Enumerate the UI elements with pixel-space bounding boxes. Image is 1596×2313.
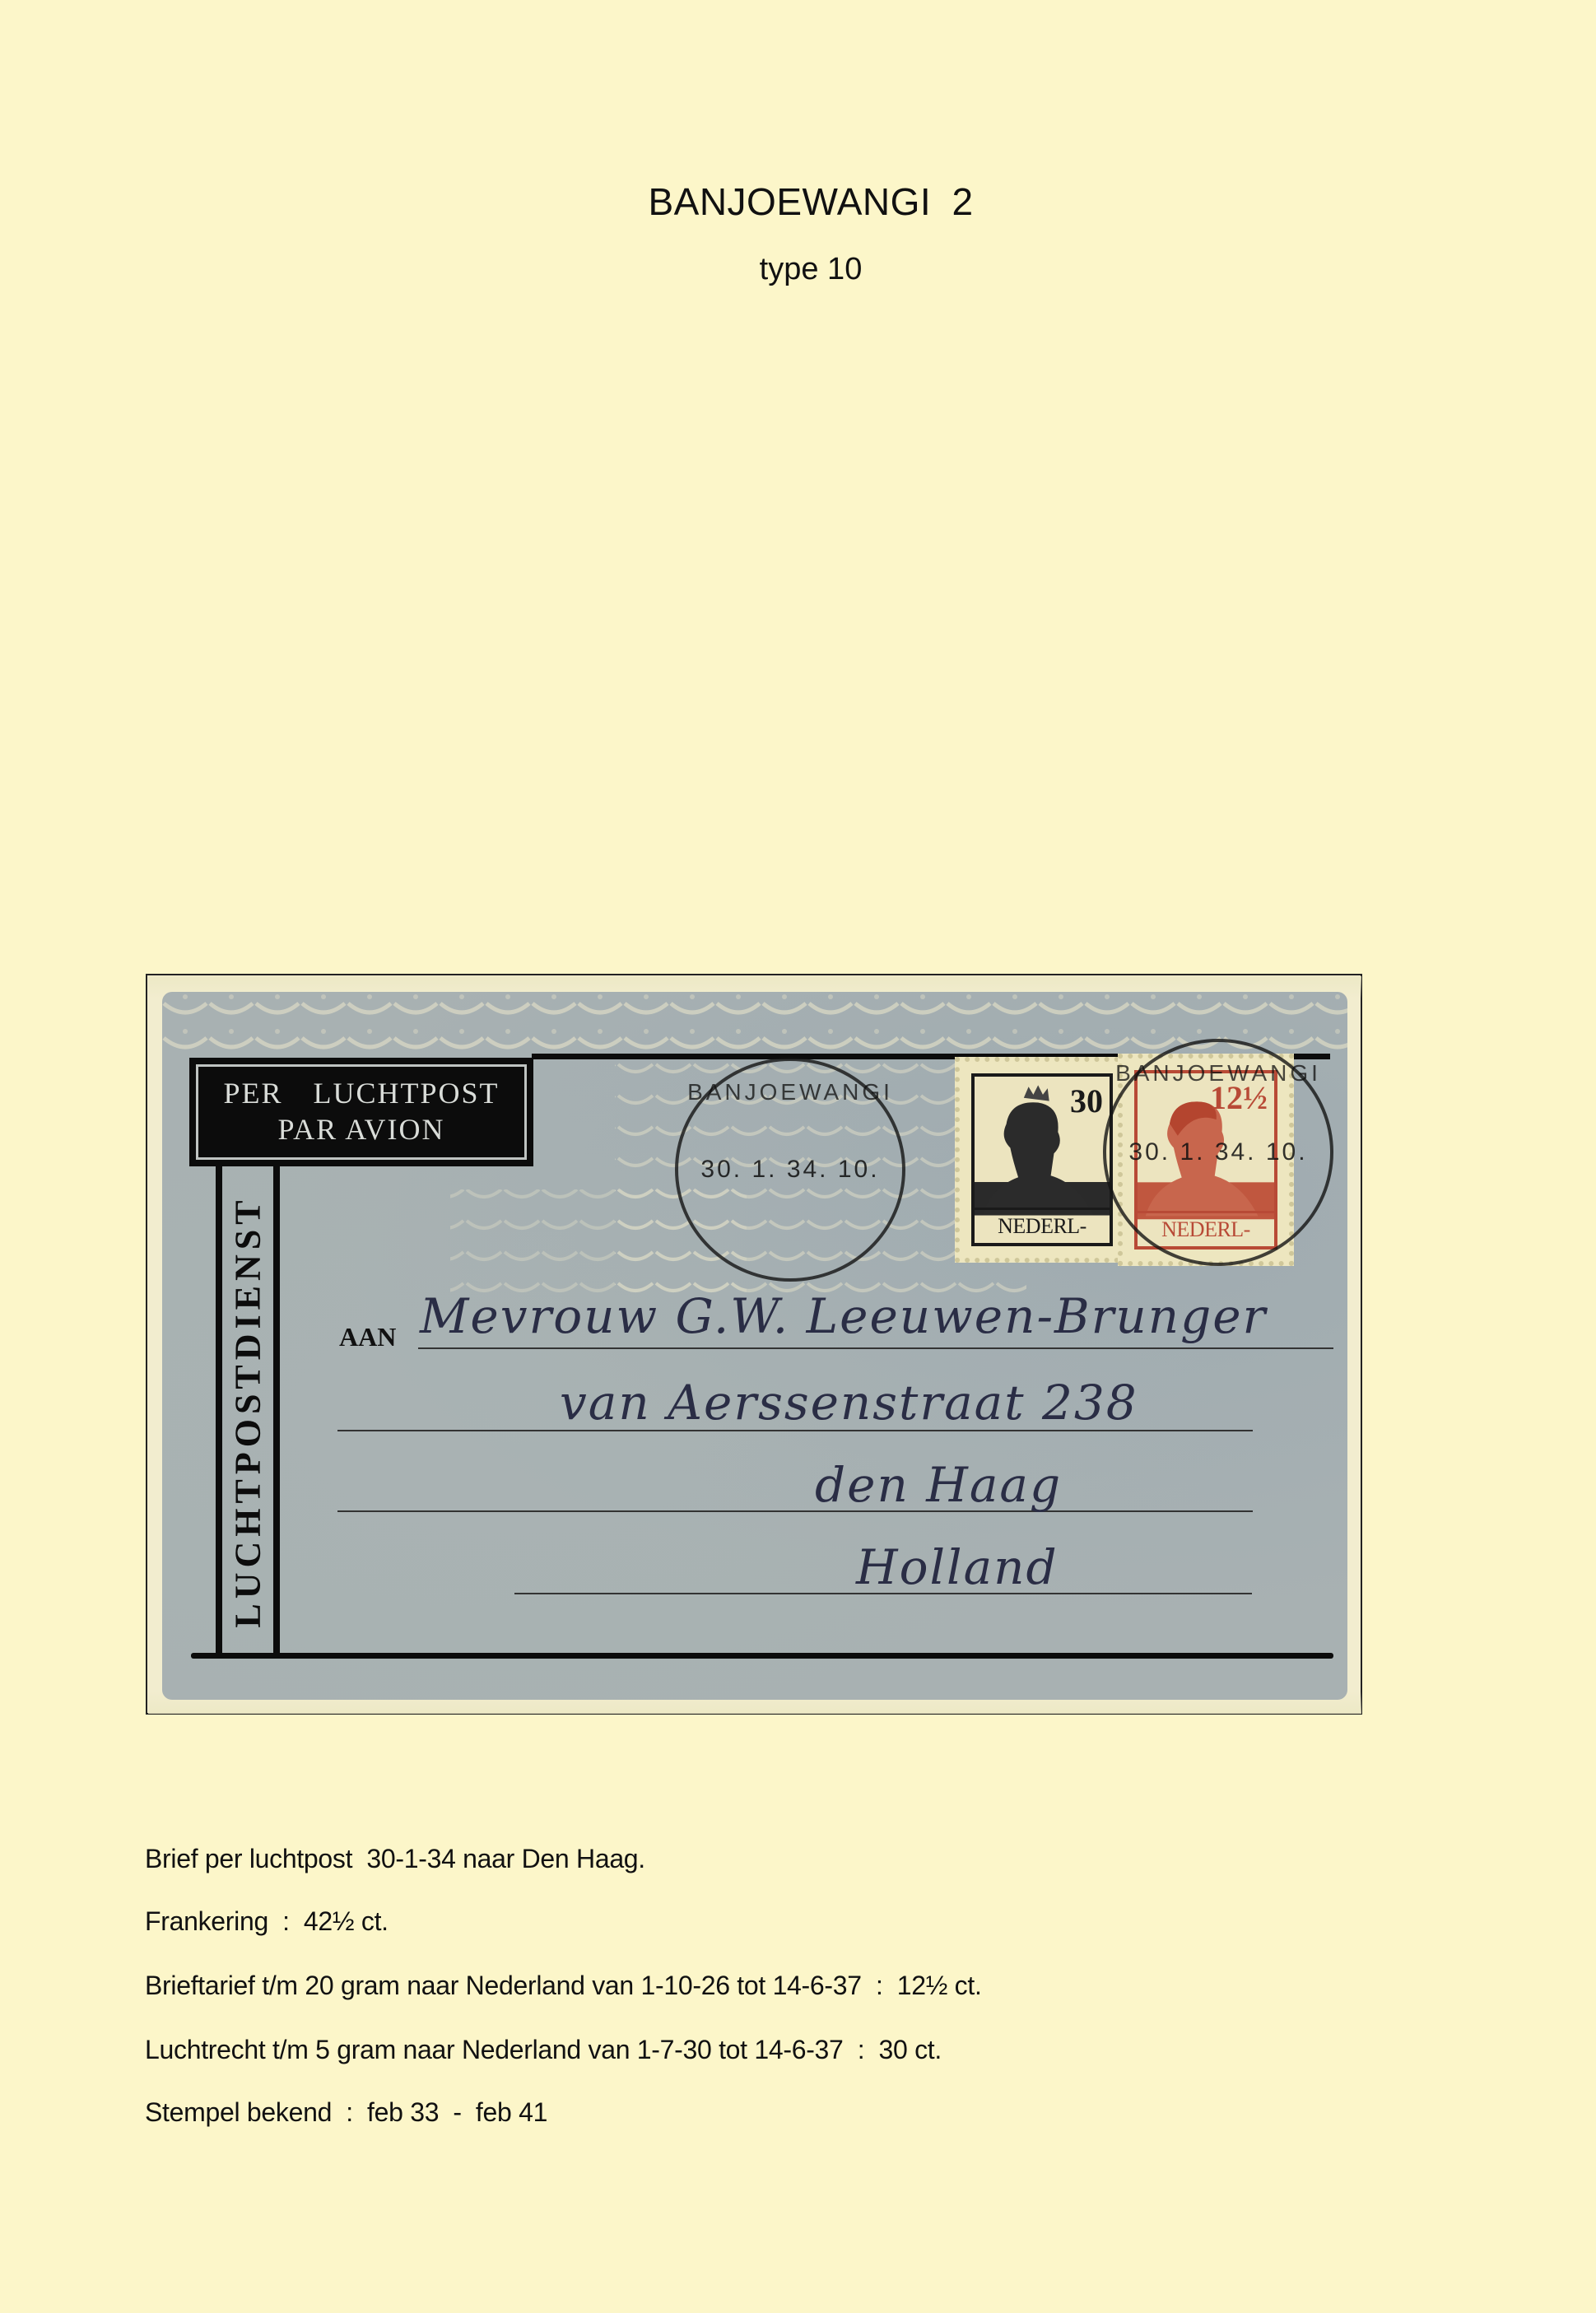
description-line-5: Stempel bekend : feb 33 - feb 41 [145, 2097, 547, 2128]
address-line-1: Mevrouw G.W. Leeuwen-Brunger [420, 1288, 1267, 1344]
page-subtitle: type 10 [0, 252, 1596, 287]
postmark-left: BANJOEWANGI 30. 1. 34. 10. [675, 1058, 905, 1282]
address-prefix: AAN [339, 1322, 396, 1352]
stamp-country: NEDERL-INDIE [975, 1208, 1110, 1243]
airmail-label: PER LUCHTPOST PAR AVION [189, 1058, 533, 1166]
label-per-luchtpost: PER LUCHTPOST [194, 1076, 528, 1110]
postmark-date: 30. 1. 34. 10. [678, 1156, 902, 1184]
postmark-date: 30. 1. 34. 10. [1106, 1138, 1330, 1166]
description-line-4: Luchtrecht t/m 5 gram naar Nederland van… [145, 2035, 942, 2065]
postmark-town: BANJOEWANGI [1106, 1060, 1330, 1087]
description-line-1: Brief per luchtpost 30-1-34 naar Den Haa… [145, 1844, 645, 1874]
page-title: BANJOEWANGI 2 [0, 179, 1596, 224]
label-par-avion: PAR AVION [194, 1112, 528, 1147]
address-line-4: Holland [856, 1539, 1059, 1595]
envelope-bottom-rule [191, 1653, 1333, 1659]
address-line-3: den Haag [815, 1457, 1062, 1513]
postmark-right: BANJOEWANGI 30. 1. 34. 10. [1103, 1039, 1333, 1266]
luchtpostdienst-text: LUCHTPOSTDIENST [227, 1195, 269, 1627]
postmark-town: BANJOEWANGI [678, 1079, 902, 1105]
description-line-3: Brieftarief t/m 20 gram naar Nederland v… [145, 1971, 982, 2001]
luchtpostdienst-bar: LUCHTPOSTDIENST [216, 1165, 280, 1659]
description-line-2: Frankering : 42½ ct. [145, 1906, 389, 1937]
address-line-2: van Aerssenstraat 238 [560, 1375, 1138, 1431]
stamp-frame: 30 NEDERL-INDIE [971, 1073, 1113, 1246]
address-rule-1 [418, 1347, 1333, 1349]
stamp-value: 30 [1070, 1082, 1103, 1120]
address-rule-3 [337, 1510, 1253, 1512]
